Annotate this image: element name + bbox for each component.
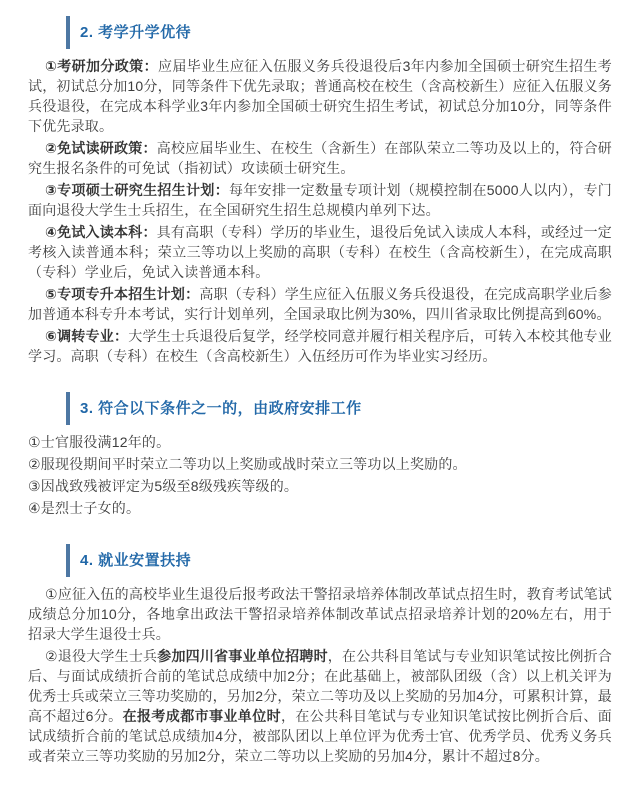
policy-label: 参加四川省事业单位招聘时 xyxy=(157,648,328,664)
policy-text: ②退役大学生士兵 xyxy=(45,648,157,664)
policy-paragraph: ④是烈士子女的。 xyxy=(28,498,612,518)
section-accent-bar xyxy=(66,544,70,577)
policy-paragraph: ③专项硕士研究生招生计划：每年安排一定数量专项计划（规模控制在5000人以内），… xyxy=(28,180,612,220)
section-title: 3. 符合以下条件之一的，由政府安排工作 xyxy=(80,392,362,425)
policy-label: ⑥调转专业： xyxy=(45,328,128,344)
section-2: 2. 考学升学优待①考研加分政策：应届毕业生应征入伍服义务兵役退役后3年内参加全… xyxy=(28,16,612,366)
policy-label: ③专项硕士研究生招生计划： xyxy=(45,182,229,198)
policy-paragraph: ②退役大学生士兵参加四川省事业单位招聘时，在公共科目笔试与专业知识笔试按比例折合… xyxy=(28,646,612,766)
section-accent-bar xyxy=(66,392,70,425)
policy-paragraph: ①士官服役满12年的。 xyxy=(28,432,612,452)
section-title: 4. 就业安置扶持 xyxy=(80,544,191,577)
policy-text: ③因战致残被评定为5级至8级残疾等级的。 xyxy=(28,478,298,494)
policy-paragraph: ③因战致残被评定为5级至8级残疾等级的。 xyxy=(28,476,612,496)
section-4: 4. 就业安置扶持①应征入伍的高校毕业生退役后报考政法干警招录培养体制改革试点招… xyxy=(28,544,612,766)
policy-label: ④免试入读本科： xyxy=(45,224,157,240)
policy-paragraph: ⑤专项专升本招生计划：高职（专科）学生应征入伍服义务兵役退役，在完成高职学业后参… xyxy=(28,284,612,324)
section-title: 2. 考学升学优待 xyxy=(80,16,191,49)
policy-label: ①考研加分政策： xyxy=(45,58,158,74)
section-header: 4. 就业安置扶持 xyxy=(66,544,612,577)
policy-label: ⑤专项专升本招生计划： xyxy=(45,286,199,302)
policy-paragraph: ⑥调转专业：大学生士兵退役后复学，经学校同意并履行相关程序后，可转入本校其他专业… xyxy=(28,326,612,366)
policy-paragraph: ②免试读研政策：高校应届毕业生、在校生（含新生）在部队荣立二等功及以上的，符合研… xyxy=(28,138,612,178)
policy-text: ①士官服役满12年的。 xyxy=(28,434,170,450)
policy-paragraph: ①考研加分政策：应届毕业生应征入伍服义务兵役退役后3年内参加全国硕士研究生招生考… xyxy=(28,56,612,136)
policy-text: ①应征入伍的高校毕业生退役后报考政法干警招录培养体制改革试点招生时，教育考试笔试… xyxy=(28,586,612,642)
policy-label: 在报考成都市事业单位时 xyxy=(123,708,281,724)
section-3: 3. 符合以下条件之一的，由政府安排工作①士官服役满12年的。②服现役期间平时荣… xyxy=(28,392,612,518)
section-accent-bar xyxy=(66,16,70,49)
policy-text: ②服现役期间平时荣立二等功以上奖励或战时荣立三等功以上奖励的。 xyxy=(28,456,467,472)
section-header: 2. 考学升学优待 xyxy=(66,16,612,49)
document: 2. 考学升学优待①考研加分政策：应届毕业生应征入伍服义务兵役退役后3年内参加全… xyxy=(0,0,639,792)
policy-label: ②免试读研政策： xyxy=(45,140,157,156)
policy-paragraph: ②服现役期间平时荣立二等功以上奖励或战时荣立三等功以上奖励的。 xyxy=(28,454,612,474)
policy-text: ④是烈士子女的。 xyxy=(28,500,140,516)
section-header: 3. 符合以下条件之一的，由政府安排工作 xyxy=(66,392,612,425)
policy-paragraph: ①应征入伍的高校毕业生退役后报考政法干警招录培养体制改革试点招生时，教育考试笔试… xyxy=(28,584,612,644)
policy-paragraph: ④免试入读本科：具有高职（专科）学历的毕业生，退役后免试入读成人本科，或经过一定… xyxy=(28,222,612,282)
